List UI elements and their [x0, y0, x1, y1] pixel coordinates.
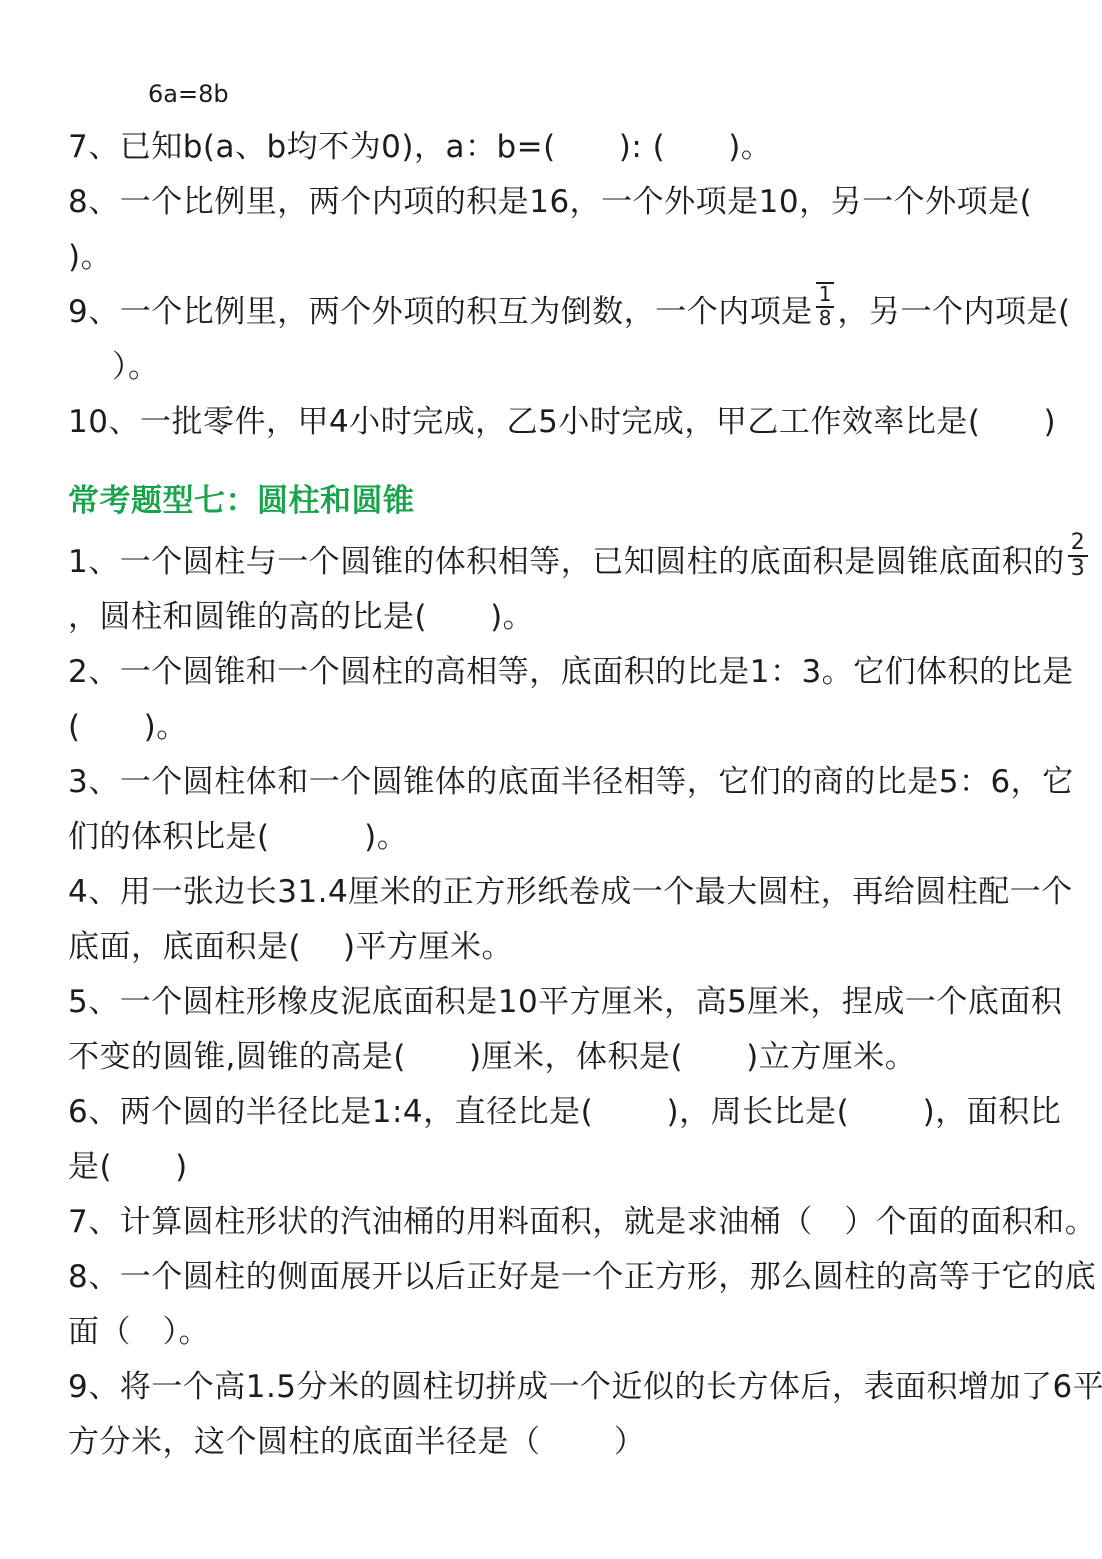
- question-9-line-1: 9、一个比例里，两个外项的积互为倒数，一个内项是18，另一个内项是(: [0, 281, 1102, 336]
- text-run: ）。: [112, 341, 160, 386]
- text-run: 4、用一张边长31.4厘米的正方形纸卷成一个最大圆柱，再给圆柱配一个: [68, 866, 1073, 911]
- fraction-denominator: 8: [816, 306, 835, 330]
- cylinder-question-8-line-1: 8、一个圆柱的侧面展开以后正好是一个正方形，那么圆柱的高等于它的底: [0, 1246, 1102, 1301]
- cylinder-question-4-line-1: 4、用一张边长31.4厘米的正方形纸卷成一个最大圆柱，再给圆柱配一个: [0, 861, 1102, 916]
- text-run: ，圆柱和圆锥的高的比是( )。: [68, 591, 534, 636]
- fraction-numerator: 1: [816, 282, 835, 306]
- text-run: 2、一个圆锥和一个圆柱的高相等，底面积的比是1：3。它们体积的比是: [68, 646, 1074, 691]
- text-run: 常考题型七：圆柱和圆锥: [68, 475, 415, 520]
- question-8-line-2: )。: [0, 226, 1102, 281]
- text-run: 7、已知b(a、b均不为0)，a：b=( ): ( )。: [68, 121, 772, 166]
- text-run: 3、一个圆柱体和一个圆锥体的底面半径相等，它们的商的比是5：6，它: [68, 756, 1074, 801]
- question-9-line-2: ）。: [0, 336, 1102, 391]
- cylinder-question-7: 7、计算圆柱形状的汽油桶的用料面积，就是求油桶（ ）个面的面积和。: [0, 1191, 1102, 1246]
- cylinder-question-3-line-1: 3、一个圆柱体和一个圆锥体的底面半径相等，它们的商的比是5：6，它: [0, 751, 1102, 806]
- text-run: 面（ ）。: [68, 1306, 210, 1351]
- cylinder-question-9-line-2: 方分米，这个圆柱的底面半径是（ ）: [0, 1411, 1102, 1466]
- text-run: 8、一个比例里，两个内项的积是16，一个外项是10，另一个外项是(: [68, 176, 1032, 221]
- text-run: )。: [68, 231, 112, 276]
- question-7: 7、已知b(a、b均不为0)，a：b=( ): ( )。: [0, 116, 1102, 171]
- text-run: 们的体积比是( )。: [68, 811, 408, 856]
- fraction-denominator: 3: [1068, 555, 1088, 581]
- text-run: 方分米，这个圆柱的底面半径是（ ）: [68, 1416, 645, 1461]
- cylinder-question-5-line-1: 5、一个圆柱形橡皮泥底面积是10平方厘米，高5厘米，捏成一个底面积: [0, 971, 1102, 1026]
- fraction-numerator: 2: [1068, 531, 1088, 555]
- cylinder-question-9-line-1: 9、将一个高1.5分米的圆柱切拼成一个近似的长方体后，表面积增加了6平: [0, 1356, 1102, 1411]
- worksheet-page: 6a=8b7、已知b(a、b均不为0)，a：b=( ): ( )。8、一个比例里…: [0, 0, 1102, 1559]
- text-run: 8、一个圆柱的侧面展开以后正好是一个正方形，那么圆柱的高等于它的底: [68, 1251, 1096, 1296]
- cylinder-question-6-line-2: 是( ): [0, 1136, 1102, 1191]
- cylinder-question-5-line-2: 不变的圆锥,圆锥的高是( )厘米，体积是( )立方厘米。: [0, 1026, 1102, 1081]
- text-run: ，另一个内项是(: [837, 286, 1070, 331]
- cylinder-question-2-line-1: 2、一个圆锥和一个圆柱的高相等，底面积的比是1：3。它们体积的比是: [0, 641, 1102, 696]
- cylinder-question-4-line-2: 底面，底面积是( )平方厘米。: [0, 916, 1102, 971]
- section-heading: 常考题型七：圆柱和圆锥: [0, 470, 1102, 525]
- text-run: ( )。: [68, 701, 188, 746]
- text-run: 5、一个圆柱形橡皮泥底面积是10平方厘米，高5厘米，捏成一个底面积: [68, 976, 1062, 1021]
- text-run: 10、一批零件，甲4小时完成，乙5小时完成，甲乙工作效率比是( ): [68, 396, 1056, 441]
- fraction: 18: [816, 282, 835, 329]
- document-body: 6a=8b7、已知b(a、b均不为0)，a：b=( ): ( )。8、一个比例里…: [0, 0, 1102, 1466]
- text-run: 不变的圆锥,圆锥的高是( )厘米，体积是( )立方厘米。: [68, 1031, 916, 1076]
- cylinder-question-1-line-1: 1、一个圆柱与一个圆锥的体积相等，已知圆柱的底面积是圆锥底面积的23: [0, 531, 1102, 586]
- question-8-line-1: 8、一个比例里，两个内项的积是16，一个外项是10，另一个外项是(: [0, 171, 1102, 226]
- question-10: 10、一批零件，甲4小时完成，乙5小时完成，甲乙工作效率比是( ): [0, 391, 1102, 446]
- text-run: 底面，底面积是( )平方厘米。: [68, 921, 513, 966]
- cylinder-question-2-line-2: ( )。: [0, 696, 1102, 751]
- cylinder-question-3-line-2: 们的体积比是( )。: [0, 806, 1102, 861]
- cylinder-question-8-line-2: 面（ ）。: [0, 1301, 1102, 1356]
- text-run: 1、一个圆柱与一个圆锥的体积相等，已知圆柱的底面积是圆锥底面积的: [68, 536, 1065, 581]
- text-run: 9、一个比例里，两个外项的积互为倒数，一个内项是: [68, 286, 813, 331]
- cylinder-question-6-line-1: 6、两个圆的半径比是1:4，直径比是( )，周长比是( )，面积比: [0, 1081, 1102, 1136]
- text-run: 9、将一个高1.5分米的圆柱切拼成一个近似的长方体后，表面积增加了6平: [68, 1361, 1102, 1406]
- text-run: 7、计算圆柱形状的汽油桶的用料面积，就是求油桶（ ）个面的面积和。: [68, 1196, 1096, 1241]
- cylinder-question-1-line-2: ，圆柱和圆锥的高的比是( )。: [0, 586, 1102, 641]
- text-run: 6a=8b: [148, 80, 229, 108]
- text-run: 6、两个圆的半径比是1:4，直径比是( )，周长比是( )，面积比: [68, 1086, 1061, 1131]
- text-run: 是( ): [68, 1141, 188, 1186]
- fraction: 23: [1068, 531, 1088, 581]
- formula-line: 6a=8b: [0, 72, 1102, 116]
